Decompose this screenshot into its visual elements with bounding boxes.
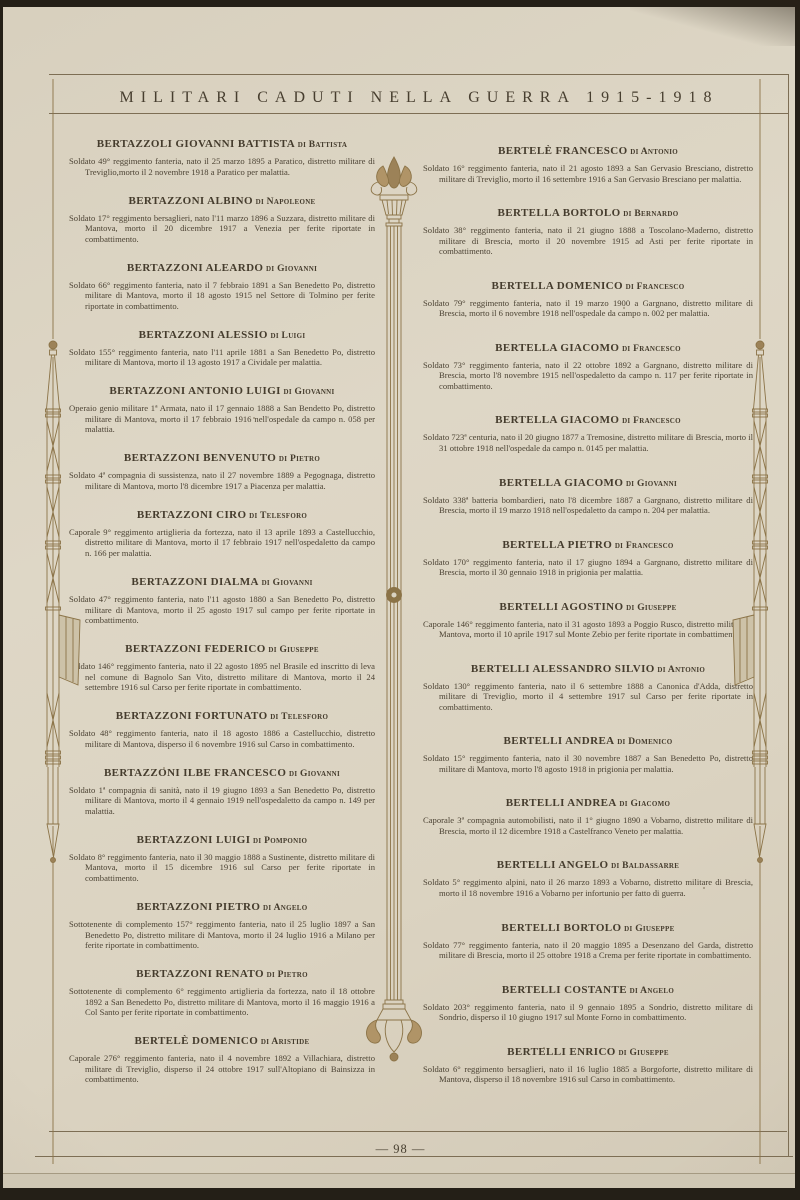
entry-body: Soldato 155° reggimento fanteria, nato l… xyxy=(69,347,375,368)
entry-body: Caporale 276° reggimento fanteria, nato … xyxy=(69,1053,375,1085)
entry-heading: BERTAZZONI PIETRO di Angelo xyxy=(69,901,375,913)
casualty-entry: BERTAZZONI ALESSIO di LuigiSoldato 155° … xyxy=(69,329,375,368)
patronymic: di Antonio xyxy=(655,665,705,675)
casualty-entry: BERTELLI ANGELO di BaldassarreSoldato 5°… xyxy=(423,859,753,898)
casualty-entry: BERTELLI ANDREA di GiacomoCaporale 3ª co… xyxy=(423,797,753,836)
patronymic: di Giovanni xyxy=(623,479,677,489)
soldier-name: BERTAZZONI FEDERICO xyxy=(125,643,266,655)
casualty-entry: BERTELLA GIACOMO di FrancescoSoldato 73°… xyxy=(423,342,753,392)
entry-body: Soldato 73° reggimento fanteria, nato il… xyxy=(423,360,753,392)
casualty-entry: BERTAZZONI ALEARDO di GiovanniSoldato 66… xyxy=(69,262,375,312)
paper-background: MILITARI CADUTI NELLA GUERRA 1915-1918 B… xyxy=(3,7,795,1188)
entry-body: Soldato 723ª centuria, nato il 20 giugno… xyxy=(423,432,753,453)
entry-body: Caporale 9° reggimento artiglieria da fo… xyxy=(69,527,375,559)
entry-body: Soldato 146° reggimento fanteria, nato i… xyxy=(69,661,375,693)
casualty-entry: BERTAZZONI BENVENUTO di PietroSoldato 4ª… xyxy=(69,452,375,491)
under-page-edge xyxy=(3,1173,795,1188)
entry-heading: BERTAZZONI FEDERICO di Giuseppe xyxy=(69,643,375,655)
left-column: BERTAZZOLI GIOVANNI BATTISTA di Battista… xyxy=(69,138,375,1085)
casualty-entry: BERTAZZONI FORTUNATO di TelesforoSoldato… xyxy=(69,710,375,749)
entry-heading: BERTELLA BORTOLO di Bernardo xyxy=(423,207,753,219)
casualty-entry: BERTAZZONI FEDERICO di GiuseppeSoldato 1… xyxy=(69,643,375,693)
casualty-entry: BERTELLI COSTANTE di AngeloSoldato 203° … xyxy=(423,984,753,1023)
entry-body: Soldato 48° reggimento fanteria, nato il… xyxy=(69,728,375,749)
patronymic: di Francesco xyxy=(619,416,681,426)
soldier-name: BERTAZZONI LUIGI xyxy=(137,834,251,846)
patronymic: di Bernardo xyxy=(621,209,679,219)
entry-heading: BERTAZZONI BENVENUTO di Pietro xyxy=(69,452,375,464)
entry-body: Soldato 66° reggimento fanteria, nato il… xyxy=(69,280,375,312)
patronymic: di Giovanni xyxy=(263,264,317,274)
soldier-name: BERTAZZONI ALEARDO xyxy=(127,262,264,274)
paper-speck xyxy=(623,307,625,309)
casualty-entry: BERTELLA DOMENICO di FrancescoSoldato 79… xyxy=(423,280,753,319)
soldier-name: BERTELLI ANGELO xyxy=(497,859,609,871)
casualty-entry: BERTELLI BORTOLO di GiuseppeSoldato 77° … xyxy=(423,922,753,961)
entry-body: Sottotenente di complemento 6° reggiment… xyxy=(69,986,375,1018)
soldier-name: BERTAZZONI RENATO xyxy=(136,968,264,980)
entry-heading: BERTELLI ALESSANDRO SILVIO di Antonio xyxy=(423,663,753,675)
entry-heading: BERTAZZONI RENATO di Pietro xyxy=(69,968,375,980)
casualty-entry: BERTELLI ENRICO di GiuseppeSoldato 6° re… xyxy=(423,1046,753,1085)
patronymic: di Pietro xyxy=(264,970,308,980)
header-rule-bottom xyxy=(49,113,789,114)
entry-heading: BERTELLI AGOSTINO di Giuseppe xyxy=(423,601,753,613)
entry-body: Soldato 8° reggimento fanteria, nato il … xyxy=(69,852,375,884)
entry-body: Caporale 3ª compagnia automobilisti, nat… xyxy=(423,815,753,836)
page-title: MILITARI CADUTI NELLA GUERRA 1915-1918 xyxy=(53,89,785,107)
right-column: BERTELÈ FRANCESCO di AntonioSoldato 16° … xyxy=(423,145,753,1085)
entry-heading: BERTELLA GIACOMO di Francesco xyxy=(423,414,753,426)
casualty-entry: BERTELÈ FRANCESCO di AntonioSoldato 16° … xyxy=(423,145,753,184)
patronymic: di Baldassarre xyxy=(608,861,679,871)
paper-speck xyxy=(163,767,165,769)
page-number: — 98 — xyxy=(53,1142,748,1157)
soldier-name: BERTELLI ANDREA xyxy=(506,797,617,809)
patronymic: di Pomponio xyxy=(250,836,307,846)
entry-body: Soldato 338ª batteria bombardieri, nato … xyxy=(423,495,753,516)
casualty-entry: BERTELLI AGOSTINO di GiuseppeCaporale 14… xyxy=(423,601,753,640)
soldier-name: BERTELLA GIACOMO xyxy=(495,342,619,354)
soldier-name: BERTAZZONI ANTONIO LUIGI xyxy=(109,385,280,397)
patronymic: di Pietro xyxy=(276,454,320,464)
soldier-name: BERTAZZONI CIRO xyxy=(137,509,247,521)
paper-speck xyxy=(253,417,255,419)
scanned-book-page: MILITARI CADUTI NELLA GUERRA 1915-1918 B… xyxy=(0,0,800,1200)
entry-heading: BERTELLI ANGELO di Baldassarre xyxy=(423,859,753,871)
entry-body: Operaio genio militare 1ª Armata, nato i… xyxy=(69,403,375,435)
soldier-name: BERTELÈ FRANCESCO xyxy=(498,145,628,157)
entry-heading: BERTAZZONI FORTUNATO di Telesforo xyxy=(69,710,375,722)
patronymic: di Napoleone xyxy=(253,197,316,207)
entry-body: Soldato 49° reggimento fanteria, nato il… xyxy=(69,156,375,177)
right-lance-pennant-icon xyxy=(724,79,780,1164)
entry-body: Soldato 17° reggimento bersaglieri, nato… xyxy=(69,213,375,245)
soldier-name: BERTAZZONI PIETRO xyxy=(136,901,260,913)
entry-heading: BERTAZZONI CIRO di Telesforo xyxy=(69,509,375,521)
entry-body: Soldato 130° reggimento fanteria, nato i… xyxy=(423,681,753,713)
page-corner-shadow xyxy=(630,0,800,46)
entry-heading: BERTAZZONI ANTONIO LUIGI di Giovanni xyxy=(69,385,375,397)
soldier-name: BERTELLA DOMENICO xyxy=(492,280,623,292)
patronymic: di Giuseppe xyxy=(621,924,674,934)
soldier-name: BERTELLI ENRICO xyxy=(507,1046,616,1058)
entry-heading: BERTELLA GIACOMO di Giovanni xyxy=(423,477,753,489)
entry-body: Soldato 170° reggimento fanteria, nato i… xyxy=(423,557,753,578)
entry-heading: BERTELLI BORTOLO di Giuseppe xyxy=(423,922,753,934)
patronymic: di Francesco xyxy=(619,344,681,354)
casualty-entry: BERTAZZONI CIRO di TelesforoCaporale 9° … xyxy=(69,509,375,559)
casualty-entry: BERTAZZONI DIALMA di GiovanniSoldato 47°… xyxy=(69,576,375,626)
patronymic: di Giuseppe xyxy=(624,603,677,613)
soldier-name: BERTELLI COSTANTE xyxy=(502,984,627,996)
entry-heading: BERTELLI ENRICO di Giuseppe xyxy=(423,1046,753,1058)
patronymic: di Francesco xyxy=(623,282,685,292)
soldier-name: BERTAZZONI ILBE FRANCESCO xyxy=(104,767,286,779)
soldier-name: BERTELLA GIACOMO xyxy=(499,477,623,489)
soldier-name: BERTAZZONI ALBINO xyxy=(128,195,253,207)
entry-heading: BERTELÈ DOMENICO di Aristide xyxy=(69,1035,375,1047)
casualty-entry: BERTAZZONI RENATO di PietroSottotenente … xyxy=(69,968,375,1018)
footer-rule-bottom xyxy=(35,1156,793,1157)
patronymic: di Giacomo xyxy=(617,799,671,809)
patronymic: di Angelo xyxy=(260,903,307,913)
patronymic: di Antonio xyxy=(628,147,678,157)
casualty-entry: BERTELLI ANDREA di DomenicoSoldato 15° r… xyxy=(423,735,753,774)
entry-heading: BERTAZZONI ALESSIO di Luigi xyxy=(69,329,375,341)
soldier-name: BERTELLI AGOSTINO xyxy=(499,601,623,613)
casualty-entry: BERTAZZONI ANTONIO LUIGI di GiovanniOper… xyxy=(69,385,375,435)
entry-heading: BERTELLI COSTANTE di Angelo xyxy=(423,984,753,996)
soldier-name: BERTELLA PIETRO xyxy=(502,539,612,551)
casualty-entry: BERTAZZONI ILBE FRANCESCO di GiovanniSol… xyxy=(69,767,375,817)
entry-body: Soldato 79° reggimento fanteria, nato il… xyxy=(423,298,753,319)
header-rule-top xyxy=(49,74,789,75)
casualty-entry: BERTAZZONI PIETRO di AngeloSottotenente … xyxy=(69,901,375,951)
casualty-entry: BERTAZZONI LUIGI di PomponioSoldato 8° r… xyxy=(69,834,375,884)
entry-heading: BERTELLI ANDREA di Giacomo xyxy=(423,797,753,809)
patronymic: di Telesforo xyxy=(246,511,307,521)
entry-body: Soldato 1ª compagnia di sanità, nato il … xyxy=(69,785,375,817)
entry-body: Soldato 203° reggimento fanteria, nato i… xyxy=(423,1002,753,1023)
entry-heading: BERTAZZOLI GIOVANNI BATTISTA di Battista xyxy=(69,138,375,150)
casualty-entry: BERTELLA GIACOMO di FrancescoSoldato 723… xyxy=(423,414,753,453)
entry-body: Soldato 38° reggimento fanteria, nato il… xyxy=(423,225,753,257)
casualty-entry: BERTELLI ALESSANDRO SILVIO di AntonioSol… xyxy=(423,663,753,713)
soldier-name: BERTAZZONI ALESSIO xyxy=(139,329,268,341)
patronymic: di Francesco xyxy=(612,541,674,551)
patronymic: di Domenico xyxy=(615,737,673,747)
patronymic: di Aristide xyxy=(258,1037,309,1047)
soldier-name: BERTAZZONI FORTUNATO xyxy=(116,710,268,722)
casualty-entry: BERTELLA BORTOLO di BernardoSoldato 38° … xyxy=(423,207,753,257)
soldier-name: BERTELLA BORTOLO xyxy=(498,207,621,219)
casualty-entry: BERTELÈ DOMENICO di AristideCaporale 276… xyxy=(69,1035,375,1085)
patronymic: di Giovanni xyxy=(259,578,313,588)
casualty-entry: BERTAZZONI ALBINO di NapoleoneSoldato 17… xyxy=(69,195,375,245)
entry-heading: BERTAZZONI LUIGI di Pomponio xyxy=(69,834,375,846)
patronymic: di Giuseppe xyxy=(616,1048,669,1058)
entry-heading: BERTELLI ANDREA di Domenico xyxy=(423,735,753,747)
soldier-name: BERTAZZONI BENVENUTO xyxy=(124,452,276,464)
patronymic: di Luigi xyxy=(268,331,306,341)
soldier-name: BERTELÈ DOMENICO xyxy=(135,1035,259,1047)
entry-heading: BERTAZZONI DIALMA di Giovanni xyxy=(69,576,375,588)
paper-speck xyxy=(543,1047,545,1049)
right-border-rule xyxy=(788,74,789,1156)
casualty-entry: BERTAZZOLI GIOVANNI BATTISTA di Battista… xyxy=(69,138,375,177)
patronymic: di Battista xyxy=(295,140,347,150)
entry-body: Soldato 16° reggimento fanteria, nato il… xyxy=(423,163,753,184)
entry-body: Sottotenente di complemento 157° reggime… xyxy=(69,919,375,951)
torch-column-icon xyxy=(359,153,429,1068)
patronymic: di Giuseppe xyxy=(266,645,319,655)
entry-heading: BERTAZZONI ALEARDO di Giovanni xyxy=(69,262,375,274)
entry-body: Soldato 47° reggimento fanteria, nato l'… xyxy=(69,594,375,626)
left-lance-pennant-icon xyxy=(33,79,89,1164)
patronymic: di Giovanni xyxy=(286,769,340,779)
entry-body: Soldato 77° reggimento fanteria, nato il… xyxy=(423,940,753,961)
casualty-entry: BERTELLA GIACOMO di GiovanniSoldato 338ª… xyxy=(423,477,753,516)
patronymic: di Angelo xyxy=(627,986,674,996)
casualty-entry: BERTELLA PIETRO di FrancescoSoldato 170°… xyxy=(423,539,753,578)
soldier-name: BERTAZZOLI GIOVANNI BATTISTA xyxy=(97,138,295,150)
soldier-name: BERTELLA GIACOMO xyxy=(495,414,619,426)
entry-heading: BERTELÈ FRANCESCO di Antonio xyxy=(423,145,753,157)
entry-heading: BERTAZZONI ALBINO di Napoleone xyxy=(69,195,375,207)
entry-body: Soldato 4ª compagnia di sussistenza, nat… xyxy=(69,470,375,491)
entry-body: Soldato 15° reggimento fanteria, nato il… xyxy=(423,753,753,774)
entry-heading: BERTELLA PIETRO di Francesco xyxy=(423,539,753,551)
entry-body: Caporale 146° reggimento fanteria, nato … xyxy=(423,619,753,640)
paper-speck xyxy=(703,887,705,889)
footer-rule-top xyxy=(49,1131,787,1132)
patronymic: di Giovanni xyxy=(281,387,335,397)
entry-heading: BERTELLA DOMENICO di Francesco xyxy=(423,280,753,292)
soldier-name: BERTELLI ANDREA xyxy=(503,735,614,747)
entry-body: Soldato 6° reggimento bersaglieri, nato … xyxy=(423,1064,753,1085)
patronymic: di Telesforo xyxy=(268,712,329,722)
soldier-name: BERTELLI BORTOLO xyxy=(501,922,621,934)
soldier-name: BERTELLI ALESSANDRO SILVIO xyxy=(471,663,655,675)
entry-heading: BERTELLA GIACOMO di Francesco xyxy=(423,342,753,354)
entry-heading: BERTAZZONI ILBE FRANCESCO di Giovanni xyxy=(69,767,375,779)
soldier-name: BERTAZZONI DIALMA xyxy=(131,576,259,588)
